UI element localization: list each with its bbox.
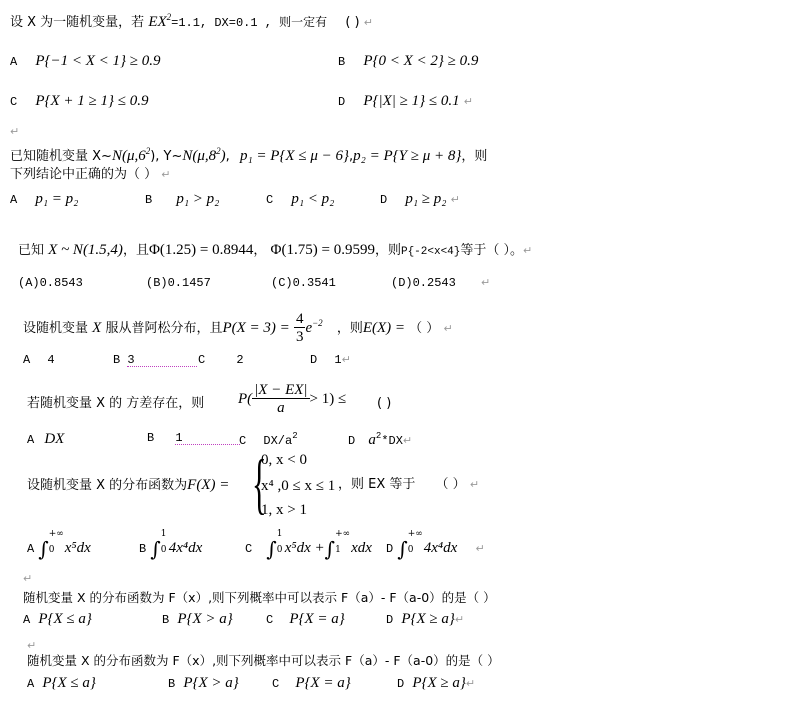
q3-phi2: Φ(1.75) = 0.9599: [271, 242, 375, 258]
q6-case-1: 0, x < 0: [261, 453, 307, 468]
q8-option-c[interactable]: C P{X = a}: [272, 676, 351, 691]
q6-case-3: 1, x > 1: [261, 503, 307, 518]
q2-p2: p₂ = P{Y ≥ μ + 8}: [353, 148, 461, 164]
option-text: a2*DX: [368, 434, 403, 448]
q2-stem-line2: 下列结论中正确的为（ ） ↵: [10, 168, 171, 181]
option-text: x⁵dx: [65, 540, 91, 556]
q2-option-c[interactable]: C p₁ < p₂: [266, 192, 334, 207]
option-text: 4: [47, 353, 54, 367]
option-text: P{X > a}: [183, 675, 238, 691]
q3-option-a[interactable]: (A)0.8543: [18, 277, 83, 289]
option-text: P{X ≥ a}: [401, 611, 455, 627]
q3-event: P{-2<x<4}: [401, 246, 460, 258]
option-label: (B): [146, 276, 168, 290]
option-label: (A): [18, 276, 40, 290]
option-label: D: [310, 353, 317, 367]
option-text: P{|X| ≥ 1} ≤ 0.1: [363, 93, 459, 109]
option-text: 0.3541: [293, 276, 336, 290]
q4-prob: P(X = 3) =: [222, 320, 289, 336]
option-label: C: [266, 613, 273, 627]
integral-icon: ∫: [38, 537, 48, 561]
q6-case-2: x⁴ ,0 ≤ x ≤ 1: [261, 479, 335, 494]
return-mark-icon: ↵: [364, 16, 373, 29]
option-label: D: [380, 193, 387, 207]
q2-p1: p₁ = P{X ≤ μ − 6}: [240, 148, 349, 164]
q1-blank: ( ): [345, 15, 359, 30]
option-label: B: [113, 353, 120, 367]
q8-option-d[interactable]: D P{X ≥ a}↵: [397, 676, 475, 691]
q5-option-a[interactable]: A DX: [27, 432, 64, 447]
return-mark-icon: ↵: [455, 613, 464, 626]
option-label: A: [23, 353, 30, 367]
q2-option-a[interactable]: A p₁ = p₂: [10, 192, 78, 207]
return-mark-icon: ↵: [23, 573, 32, 584]
option-text: P{X = a}: [295, 675, 350, 691]
q2-option-d[interactable]: D p₁ ≥ p₂ ↵: [380, 192, 460, 207]
return-mark-icon: ↵: [464, 95, 473, 108]
q7-option-d[interactable]: D P{X ≥ a}↵: [386, 612, 464, 627]
q4-exp: e−2: [305, 320, 322, 336]
q8-stem: 随机变量 X 的分布函数为 F（x）,则下列概率中可以表示 F（a）- F（a-…: [27, 655, 500, 668]
return-mark-icon: ↵: [10, 126, 19, 137]
q3-option-d[interactable]: (D)0.2543 ↵: [391, 277, 490, 289]
q6-option-a[interactable]: A ∫+∞0x⁵dx: [27, 536, 91, 559]
option-label: C: [272, 677, 279, 691]
option-label: C: [266, 193, 273, 207]
q1-stem-suffix: =1.1, DX=0.1 , 则一定有: [171, 16, 327, 30]
option-text: 2: [236, 353, 243, 367]
option-text: P{X ≤ a}: [42, 675, 96, 691]
q5-math: P(|X − EX|a> 1) ≤: [238, 383, 346, 416]
option-label: C: [245, 542, 252, 556]
return-mark-icon: ↵: [481, 276, 490, 289]
return-mark-icon: ↵: [161, 168, 170, 181]
option-text: P{0 < X < 2} ≥ 0.9: [363, 53, 478, 69]
integral-icon: ∫: [325, 537, 335, 561]
q1-stem-math: EX2: [148, 14, 171, 30]
option-label: D: [386, 542, 393, 556]
option-label: D: [338, 95, 345, 109]
option-text: p₁ ≥ p₂: [405, 191, 446, 207]
q1-stem: 设 X 为一随机变量，若 EX2=1.1, DX=0.1 , 则一定有 ( ) …: [10, 13, 373, 30]
q8-option-b[interactable]: B P{X > a}: [168, 676, 239, 691]
integral-icon: ∫: [266, 537, 276, 561]
integral-icon: ∫: [397, 537, 407, 561]
option-text: 4x⁴dx: [169, 540, 203, 556]
q5-option-c[interactable]: C DX/a2: [239, 432, 298, 447]
return-mark-icon: ↵: [403, 434, 412, 447]
q4-stem: 设随机变量 X 服从普阿松分布，且P(X = 3) = 43e−2 ，则E(X)…: [23, 312, 453, 345]
option-label: A: [10, 193, 17, 207]
option-label: (C): [271, 276, 293, 290]
q7-option-c[interactable]: C P{X = a}: [266, 612, 345, 627]
option-label: C: [198, 353, 205, 367]
q8-option-a[interactable]: A P{X ≤ a}: [27, 676, 96, 691]
option-label: C: [239, 434, 246, 448]
return-mark-icon: ↵: [451, 193, 460, 206]
q7-stem: 随机变量 X 的分布函数为 F（x）,则下列概率中可以表示 F（a）- F（a-…: [23, 592, 496, 605]
q6-option-b[interactable]: B ∫104x⁴dx: [139, 536, 202, 559]
return-mark-icon: ↵: [475, 542, 484, 555]
q7-option-b[interactable]: B P{X > a}: [162, 612, 233, 627]
option-text: P{−1 < X < 1} ≥ 0.9: [35, 53, 160, 69]
option-text: 0.2543: [413, 276, 456, 290]
option-label: A: [27, 433, 34, 447]
q3-phi1: Φ(1.25) = 0.8944: [149, 242, 253, 258]
option-text: 3: [127, 354, 197, 367]
option-label: B: [168, 677, 175, 691]
q4-option-c[interactable]: C 2: [198, 354, 244, 366]
return-mark-icon: ↵: [523, 244, 532, 257]
q1-option-b[interactable]: B P{0 < X < 2} ≥ 0.9: [338, 54, 478, 69]
option-text: 4x⁴dx: [424, 540, 458, 556]
return-mark-icon: ↵: [443, 322, 452, 335]
option-label: (D): [391, 276, 413, 290]
option-text: 0.8543: [40, 276, 83, 290]
option-label: D: [397, 677, 404, 691]
q5-blank: ( ): [377, 397, 391, 410]
option-text: 1: [334, 353, 341, 367]
q5-stem: 若随机变量 X 的 方差存在，则: [27, 397, 204, 410]
q5-option-b[interactable]: B 1: [147, 432, 240, 445]
q4-expectation: E(X) =: [363, 320, 405, 336]
integral-icon: ∫: [150, 537, 160, 561]
q2-y-dist: N(μ,82): [182, 148, 225, 164]
q4-option-b[interactable]: B 3: [113, 354, 197, 367]
option-text: x⁵dx +: [285, 540, 325, 556]
q2-option-b[interactable]: B p₁ > p₂: [145, 192, 219, 207]
option-text: P{X + 1 ≥ 1} ≤ 0.9: [35, 93, 148, 109]
q7-option-a[interactable]: A P{X ≤ a}: [23, 612, 92, 627]
return-mark-icon: ↵: [342, 353, 351, 366]
q1-stem-prefix: 设 X 为一随机变量，若: [10, 15, 144, 30]
q4-option-a[interactable]: A 4: [23, 354, 55, 366]
q5-option-d[interactable]: D a2*DX↵: [348, 432, 412, 448]
q3-dist: X ~ N(1.5,4): [48, 242, 123, 258]
q5-fraction: |X − EX|a: [252, 383, 309, 416]
option-text: p₁ = p₂: [35, 191, 78, 207]
option-text: P{X ≥ a}: [412, 675, 466, 691]
q4-option-d[interactable]: D 1↵: [310, 354, 351, 366]
q1-option-d[interactable]: D P{|X| ≥ 1} ≤ 0.1 ↵: [338, 94, 473, 109]
option-label: A: [10, 55, 17, 69]
q2-x-dist: N(μ,62: [112, 148, 150, 164]
option-label: B: [162, 613, 169, 627]
option-label: B: [145, 193, 152, 207]
option-text: p₁ > p₂: [176, 191, 219, 207]
q4-fraction: 43: [294, 312, 306, 345]
option-label: C: [10, 95, 17, 109]
option-label: D: [348, 434, 355, 448]
q6-option-d[interactable]: D ∫+∞04x⁴dx ↵: [386, 536, 485, 559]
q1-option-a[interactable]: A P{−1 < X < 1} ≥ 0.9: [10, 54, 161, 69]
option-label: A: [27, 677, 34, 691]
option-label: D: [386, 613, 393, 627]
option-label: B: [147, 431, 154, 445]
q3-option-b[interactable]: (B)0.1457: [146, 277, 211, 289]
option-text: P{X = a}: [289, 611, 344, 627]
option-text: p₁ < p₂: [291, 191, 334, 207]
q6-stem: 设随机变量 X 的分布函数为F(X) =: [27, 478, 229, 493]
return-mark-icon: ↵: [27, 640, 36, 651]
option-text: 0.1457: [168, 276, 211, 290]
option-label: B: [338, 55, 345, 69]
option-text: P{X > a}: [177, 611, 232, 627]
return-mark-icon: ↵: [470, 478, 479, 491]
option-label: A: [23, 613, 30, 627]
option-label: B: [139, 542, 146, 556]
q3-option-c[interactable]: (C)0.3541: [271, 277, 336, 289]
q1-option-c[interactable]: C P{X + 1 ≥ 1} ≤ 0.9: [10, 94, 149, 109]
option-label: A: [27, 542, 34, 556]
q2-stem-line1: 已知随机变量 X~N(μ,62), Y~N(μ,82), p₁ = P{X ≤ …: [10, 147, 487, 164]
option-text: DX: [44, 431, 64, 447]
return-mark-icon: ↵: [466, 677, 475, 690]
q6-stem-suffix: ，则 EX 等于 （ ） ↵: [338, 478, 479, 491]
option-text: DX/a2: [263, 434, 297, 448]
option-text: 1: [175, 432, 240, 445]
q6-option-c[interactable]: C ∫10x⁵dx +∫+∞1xdx: [245, 536, 372, 559]
q3-stem: 已知 X ~ N(1.5,4)，且Φ(1.25) = 0.8944， Φ(1.7…: [18, 243, 532, 258]
option-text: P{X ≤ a}: [38, 611, 92, 627]
